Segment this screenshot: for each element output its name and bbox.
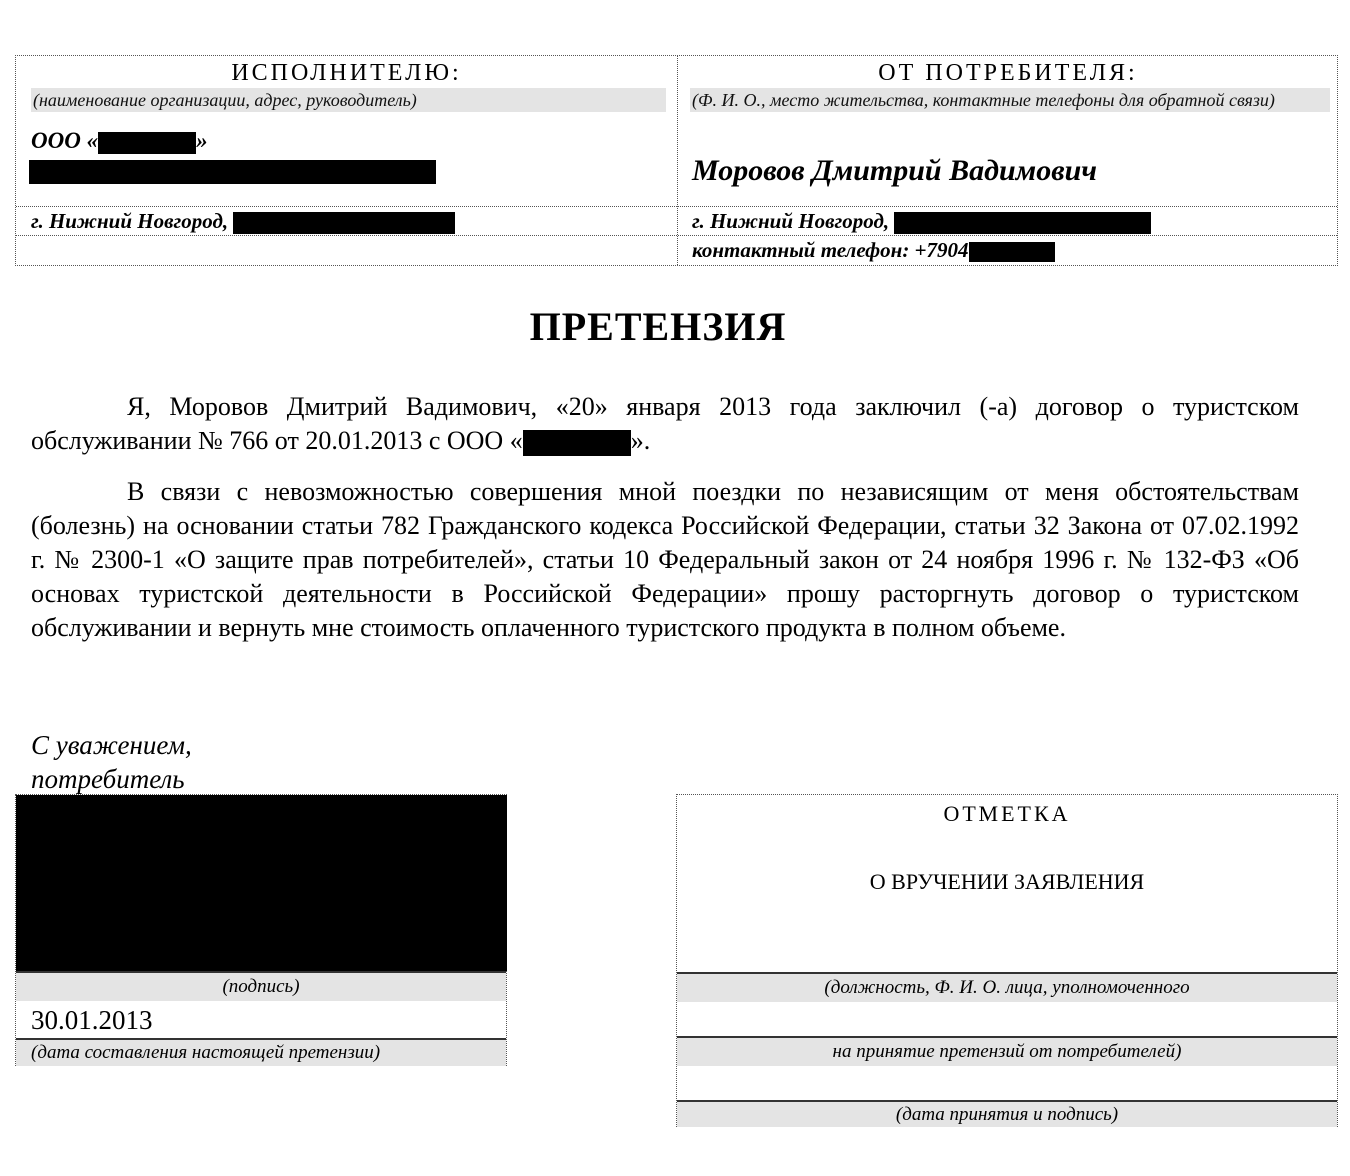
consumer-section: ОТ ПОТРЕБИТЕЛЯ: (Ф. И. О., место жительс…: [678, 56, 1338, 87]
redacted-org-name: [98, 132, 196, 154]
date-hint: (дата составления настоящей претензии): [16, 1040, 506, 1066]
closing: С уважением, потребитель: [31, 728, 192, 796]
header-table: ИСПОЛНИТЕЛЮ: (наименование организации, …: [15, 55, 1338, 266]
receipt-hint-official: (должность, Ф. И. О. лица, уполномоченно…: [677, 974, 1337, 1002]
consumer-city: г. Нижний Новгород,: [692, 209, 889, 233]
consumer-name: Моровов Дмитрий Вадимович: [692, 154, 1097, 188]
redacted-agency-name: [523, 430, 631, 456]
receipt-hint-authority: на принятие претензий от потребителей): [677, 1038, 1337, 1066]
receipt-official-field[interactable]: [677, 1002, 1337, 1036]
paragraph-contract-end: ».: [631, 426, 651, 455]
paragraph-request: В связи с невозможностью совершения мной…: [31, 475, 1299, 645]
executor-org: ООО «»: [31, 128, 208, 154]
receipt-block: ОТМЕТКА О ВРУЧЕНИИ ЗАЯВЛЕНИЯ (должность,…: [676, 794, 1338, 1127]
redacted-signature: [16, 795, 507, 971]
executor-hint: (наименование организации, адрес, руково…: [31, 88, 666, 112]
column-divider: [677, 56, 678, 265]
row-divider: [16, 206, 1337, 207]
consumer-hint: (Ф. И. О., место жительства, контактные …: [690, 88, 1330, 112]
closing-line2: потребитель: [31, 762, 192, 796]
redacted-phone: [969, 242, 1055, 262]
row-divider: [16, 235, 1337, 236]
signature-hint: (подпись): [16, 973, 506, 1001]
redacted-executor-address: [233, 212, 455, 234]
document-title: ПРЕТЕНЗИЯ: [0, 303, 1316, 350]
closing-line1: С уважением,: [31, 728, 192, 762]
signature-block: (подпись) 30.01.2013 (дата составления н…: [15, 794, 507, 1066]
executor-section: ИСПОЛНИТЕЛЮ: (наименование организации, …: [16, 56, 677, 87]
consumer-phone-label: контактный телефон: +7904: [692, 238, 969, 262]
paragraph-contract: Я, Моровов Дмитрий Вадимович, «20» январ…: [31, 390, 1299, 458]
paragraph-contract-text: Я, Моровов Дмитрий Вадимович, «20» январ…: [31, 392, 1299, 455]
consumer-phone-line: контактный телефон: +7904: [692, 238, 1055, 263]
redacted-consumer-address: [894, 212, 1151, 234]
receipt-hint-date: (дата принятия и подпись): [677, 1102, 1337, 1127]
receipt-title: ОТМЕТКА: [677, 801, 1337, 827]
consumer-city-line: г. Нижний Новгород,: [692, 209, 1151, 234]
receipt-date-field[interactable]: [677, 1066, 1337, 1100]
consumer-title: ОТ ПОТРЕБИТЕЛЯ:: [678, 60, 1338, 87]
org-prefix: ООО «: [31, 128, 98, 153]
date-value: 30.01.2013: [31, 1002, 153, 1038]
executor-title: ИСПОЛНИТЕЛЮ:: [16, 60, 677, 87]
receipt-subtitle: О ВРУЧЕНИИ ЗАЯВЛЕНИЯ: [677, 869, 1337, 895]
redacted-org-address: [29, 160, 436, 184]
executor-city: г. Нижний Новгород,: [31, 209, 228, 233]
org-suffix: »: [196, 128, 208, 153]
executor-city-line: г. Нижний Новгород,: [31, 209, 455, 234]
